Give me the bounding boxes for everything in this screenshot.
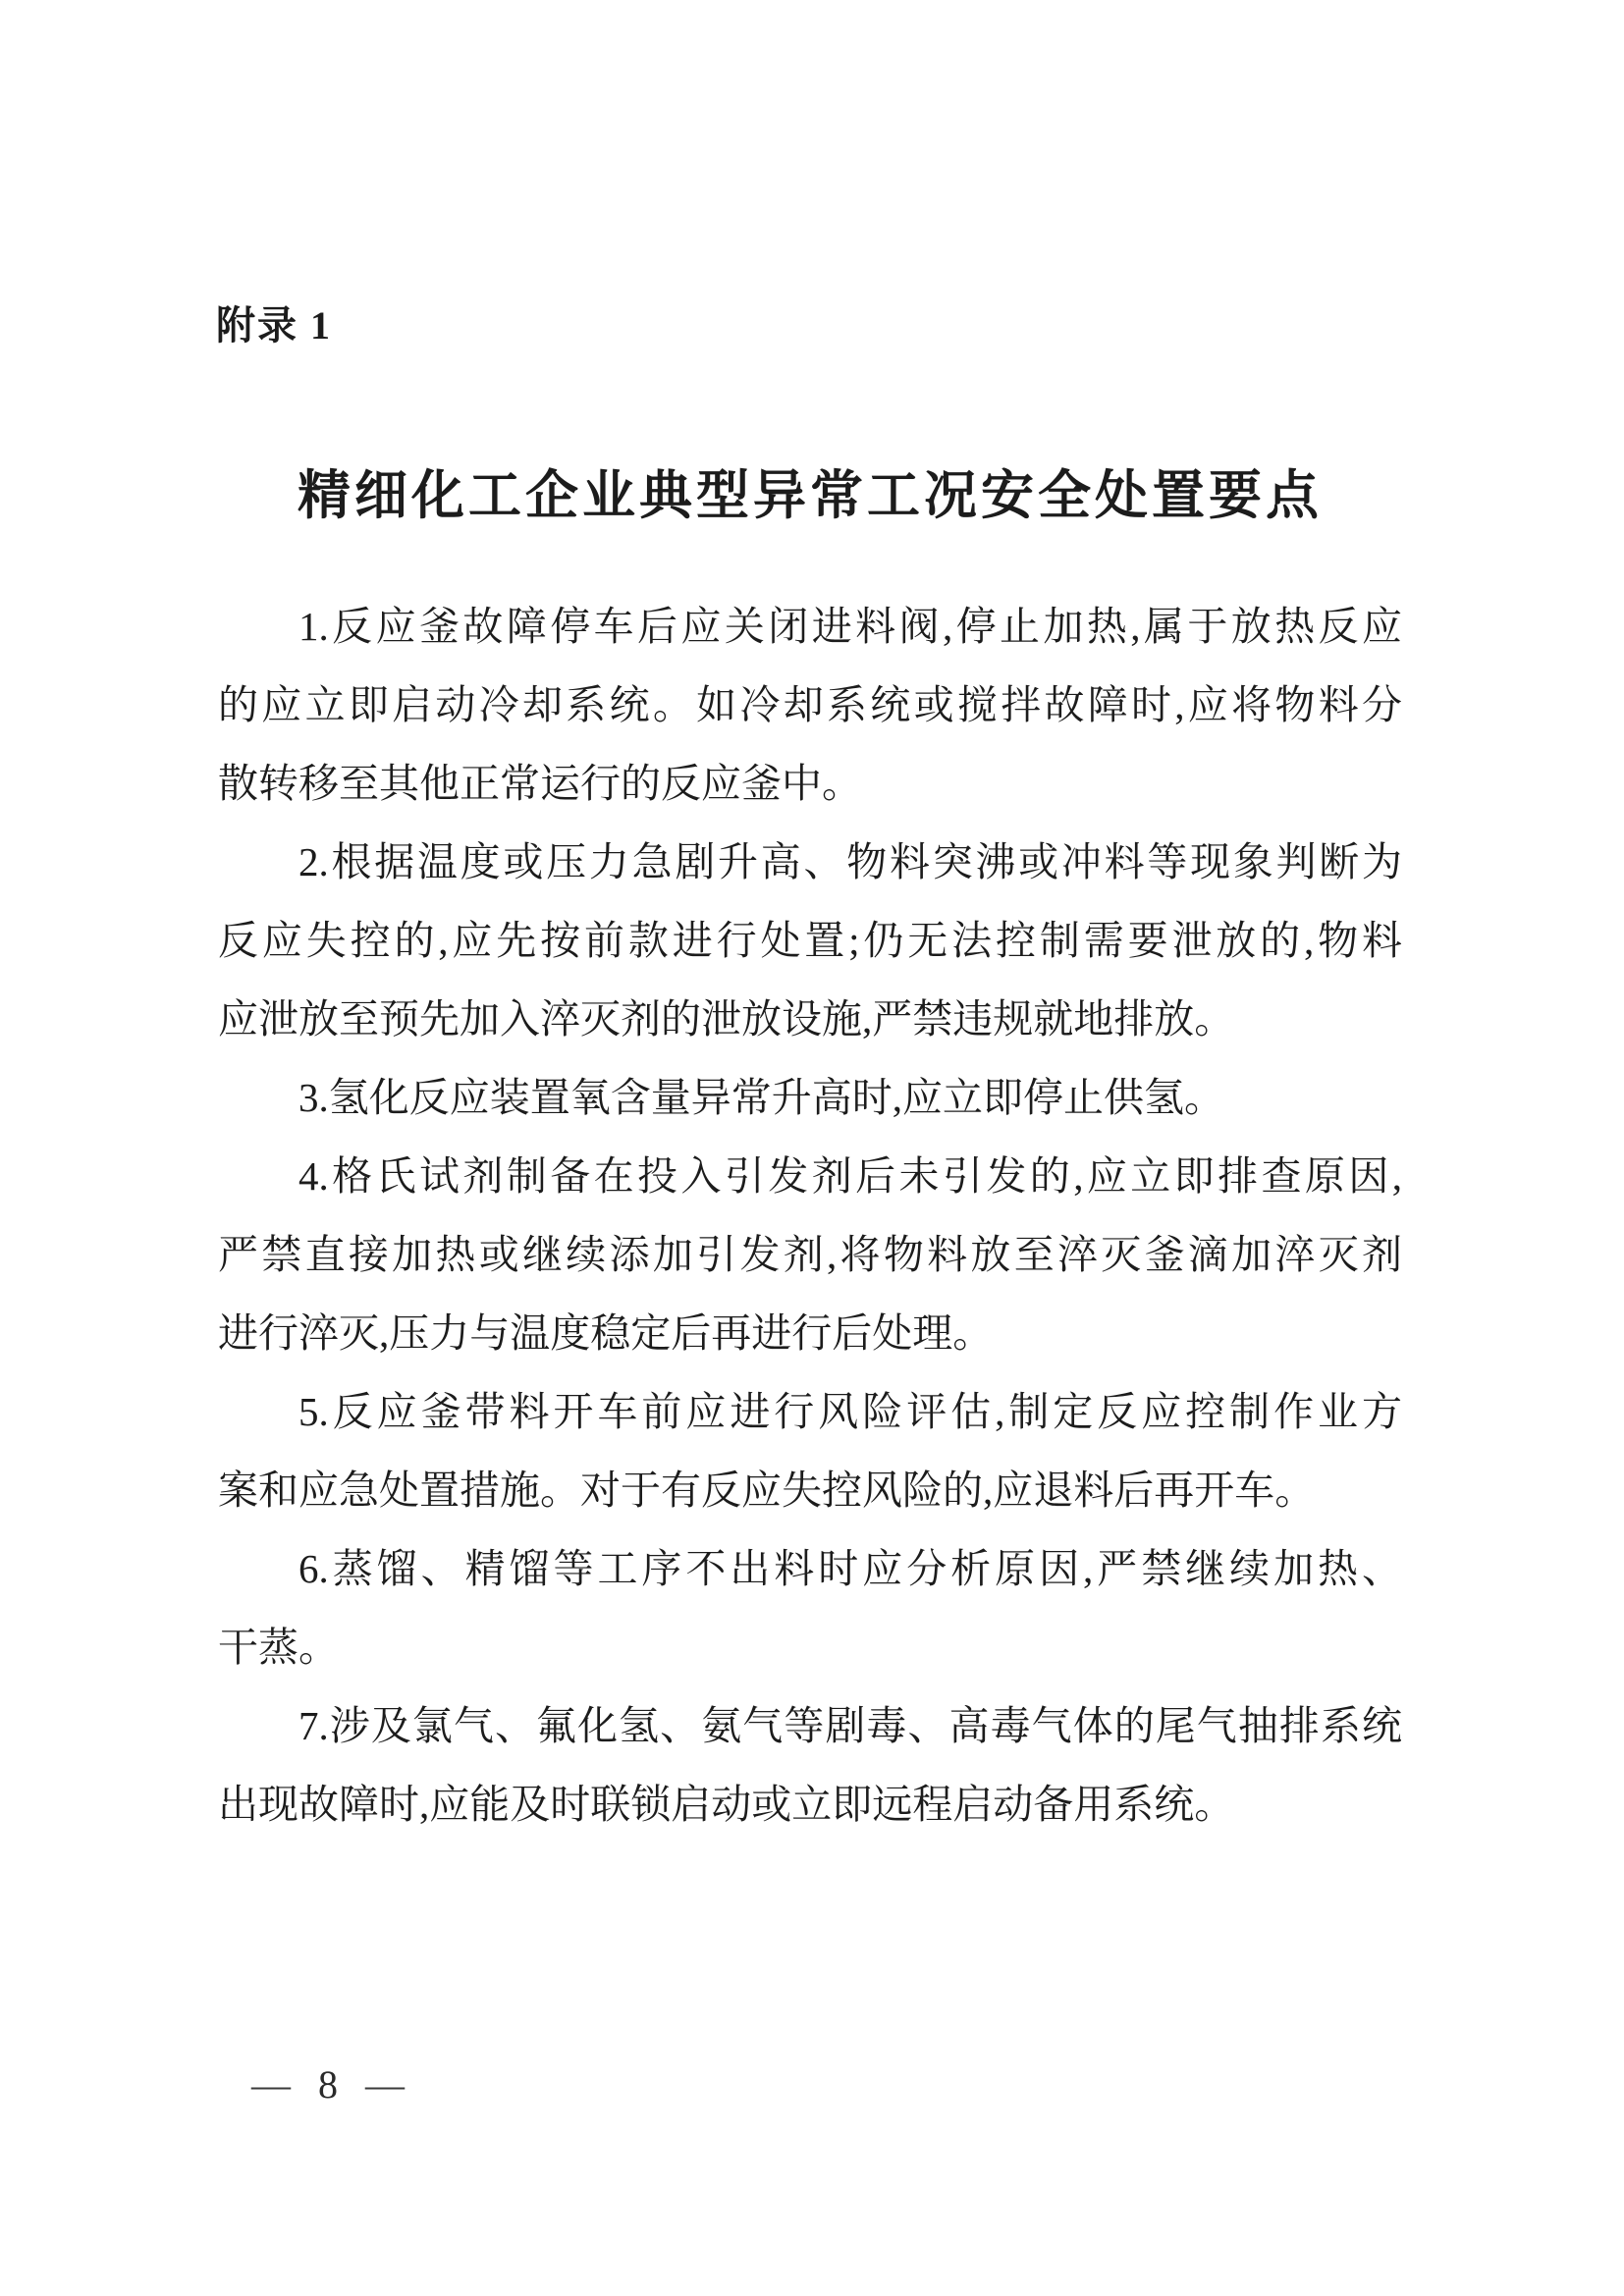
document-body: 1.反应釜故障停车后应关闭进料阀,停止加热,属于放热反应的应立即启动冷却系统。如…: [218, 587, 1402, 1843]
paragraph: 2.根据温度或压力急剧升高、物料突沸或冲料等现象判断为反应失控的,应先按前款进行…: [218, 823, 1402, 1058]
paragraph: 5.反应釜带料开车前应进行风险评估,制定反应控制作业方案和应急处置措施。对于有反…: [218, 1372, 1402, 1529]
page-footer: — 8 —: [251, 2061, 405, 2108]
paragraph-line: 干蒸。: [218, 1608, 1402, 1686]
paragraph: 4.格氏试剂制备在投入引发剂后未引发的,应立即排查原因,严禁直接加热或继续添加引…: [218, 1137, 1402, 1372]
footer-right-dash: —: [365, 2061, 405, 2108]
paragraph-line: 应泄放至预先加入淬灭剂的泄放设施,严禁违规就地排放。: [218, 980, 1402, 1058]
paragraph-line: 进行淬灭,压力与温度稳定后再进行后处理。: [218, 1294, 1402, 1372]
paragraph-line: 严禁直接加热或继续添加引发剂,将物料放至淬灭釜滴加淬灭剂: [218, 1215, 1402, 1294]
document-title: 精细化工企业典型异常工况安全处置要点: [218, 454, 1402, 529]
footer-left-dash: —: [251, 2061, 291, 2108]
paragraph: 3.氢化反应装置氧含量异常升高时,应立即停止供氢。: [218, 1058, 1402, 1137]
paragraph: 6.蒸馏、精馏等工序不出料时应分析原因,严禁继续加热、干蒸。: [218, 1529, 1402, 1686]
page-number: 8: [318, 2061, 338, 2108]
paragraph-line: 1.反应釜故障停车后应关闭进料阀,停止加热,属于放热反应: [218, 587, 1402, 666]
paragraph-line: 的应立即启动冷却系统。如冷却系统或搅拌故障时,应将物料分: [218, 666, 1402, 744]
paragraph: 7.涉及氯气、氟化氢、氨气等剧毒、高毒气体的尾气抽排系统出现故障时,应能及时联锁…: [218, 1686, 1402, 1843]
paragraph-line: 4.格氏试剂制备在投入引发剂后未引发的,应立即排查原因,: [218, 1137, 1402, 1215]
paragraph-line: 7.涉及氯气、氟化氢、氨气等剧毒、高毒气体的尾气抽排系统: [218, 1686, 1402, 1765]
appendix-label: 附录 1: [216, 294, 332, 350]
paragraph-line: 5.反应釜带料开车前应进行风险评估,制定反应控制作业方: [218, 1372, 1402, 1451]
paragraph-line: 案和应急处置措施。对于有反应失控风险的,应退料后再开车。: [218, 1451, 1402, 1529]
paragraph-line: 6.蒸馏、精馏等工序不出料时应分析原因,严禁继续加热、: [218, 1529, 1402, 1608]
paragraph-line: 散转移至其他正常运行的反应釜中。: [218, 744, 1402, 823]
paragraph-line: 3.氢化反应装置氧含量异常升高时,应立即停止供氢。: [218, 1058, 1402, 1137]
paragraph-line: 出现故障时,应能及时联锁启动或立即远程启动备用系统。: [218, 1765, 1402, 1843]
paragraph-line: 反应失控的,应先按前款进行处置;仍无法控制需要泄放的,物料: [218, 901, 1402, 980]
paragraph: 1.反应釜故障停车后应关闭进料阀,停止加热,属于放热反应的应立即启动冷却系统。如…: [218, 587, 1402, 823]
paragraph-line: 2.根据温度或压力急剧升高、物料突沸或冲料等现象判断为: [218, 823, 1402, 901]
document-page: 附录 1 精细化工企业典型异常工况安全处置要点 1.反应釜故障停车后应关闭进料阀…: [0, 0, 1624, 2296]
